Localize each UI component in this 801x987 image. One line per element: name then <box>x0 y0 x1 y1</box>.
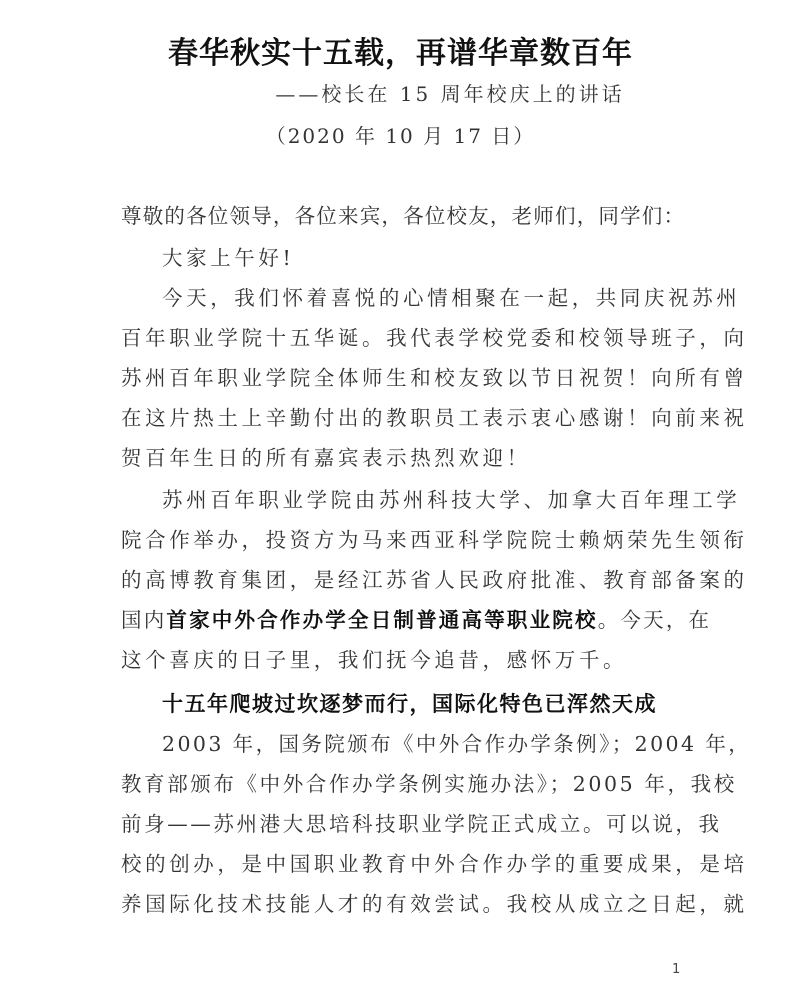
salutation: 尊敬的各位领导，各位来宾，各位校友，老师们，同学们： <box>121 202 681 230</box>
paragraph3-line: 前身——苏州港大思培科技职业学院正式成立。可以说，我 <box>121 810 681 838</box>
paragraph3-line: 教育部颁布《中外合作办学条例实施办法》；2005 年，我校 <box>121 770 681 798</box>
section-heading: 十五年爬坡过坎逐梦而行，国际化特色已浑然天成 <box>162 688 682 718</box>
paragraph3-line: 养国际化技术技能人才的有效尝试。我校从成立之日起，就 <box>121 890 681 918</box>
page-number: 1 <box>672 962 680 977</box>
document-date: （2020 年 10 月 17 日） <box>0 120 801 149</box>
paragraph2-line: 这个喜庆的日子里，我们抚今追昔，感怀万千。 <box>121 646 681 674</box>
paragraph2-line: 院合作举办，投资方为马来西亚科学院院士赖炳荣先生领衔 <box>121 526 681 554</box>
paragraph2-line-emphasis: 国内首家中外合作办学全日制普通高等职业院校。今天，在 <box>121 606 681 634</box>
bold-emphasis: 首家中外合作办学全日制普通高等职业院校 <box>166 608 597 632</box>
paragraph1-line: 在这片热土上辛勤付出的教职员工表示衷心感谢！向前来祝 <box>121 404 681 432</box>
greeting: 大家上午好! <box>162 244 681 272</box>
paragraph2-line: 苏州百年职业学院由苏州科技大学、加拿大百年理工学 <box>162 486 681 514</box>
paragraph1-line: 苏州百年职业学院全体师生和校友致以节日祝贺！向所有曾 <box>121 364 681 392</box>
paragraph1-line: 今天，我们怀着喜悦的心情相聚在一起，共同庆祝苏州 <box>162 284 681 312</box>
paragraph2-line: 的高博教育集团，是经江苏省人民政府批准、教育部备案的 <box>121 566 681 594</box>
document-page: 春华秋实十五载，再谱华章数百年 ——校长在 15 周年校庆上的讲话 （2020 … <box>0 0 801 987</box>
document-title: 春华秋实十五载，再谱华章数百年 <box>0 28 801 72</box>
text-prefix: 国内 <box>121 608 166 632</box>
paragraph3-line: 2003 年，国务院颁布《中外合作办学条例》；2004 年， <box>162 730 681 758</box>
paragraph1-line: 百年职业学院十五华诞。我代表学校党委和校领导班子，向 <box>121 324 681 352</box>
document-subtitle: ——校长在 15 周年校庆上的讲话 <box>240 78 660 107</box>
paragraph3-line: 校的创办，是中国职业教育中外合作办学的重要成果，是培 <box>121 850 681 878</box>
paragraph1-line: 贺百年生日的所有嘉宾表示热烈欢迎！ <box>121 444 681 472</box>
text-suffix: 。今天，在 <box>598 608 712 632</box>
